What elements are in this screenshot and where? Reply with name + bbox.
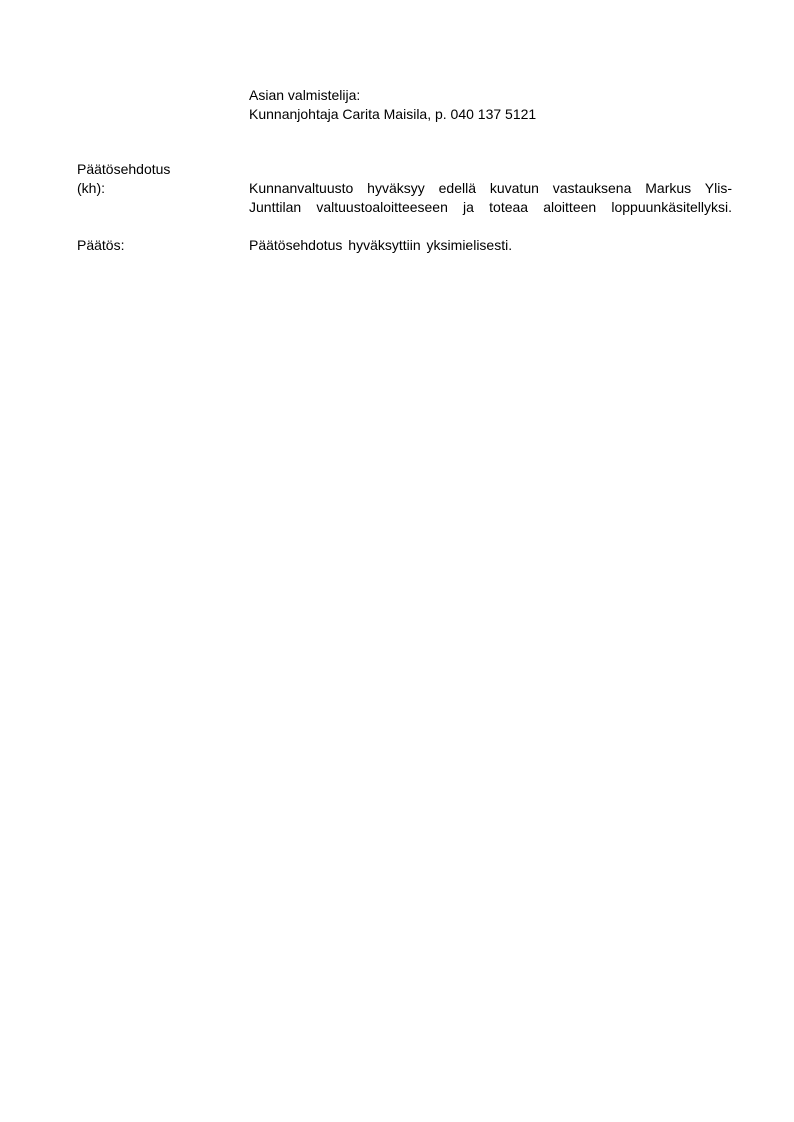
- preparer-label: Asian valmistelija:: [249, 86, 360, 105]
- proposal-label: Päätösehdotus: [77, 160, 170, 179]
- proposal-label-body: (kh):: [77, 179, 105, 198]
- decision-label: Päätös:: [77, 236, 124, 255]
- decision-text: Päätösehdotus hyväksyttiin yksimielisest…: [249, 236, 512, 255]
- preparer-name: Kunnanjohtaja Carita Maisila, p. 040 137…: [249, 105, 536, 124]
- proposal-text: Kunnanvaltuusto hyväksyy edellä kuvatun …: [249, 179, 732, 217]
- proposal-text-line: Kunnanvaltuusto hyväksyy edellä kuvatun …: [249, 179, 732, 198]
- proposal-text-line: Junttilan valtuustoaloitteeseen ja totea…: [249, 198, 732, 217]
